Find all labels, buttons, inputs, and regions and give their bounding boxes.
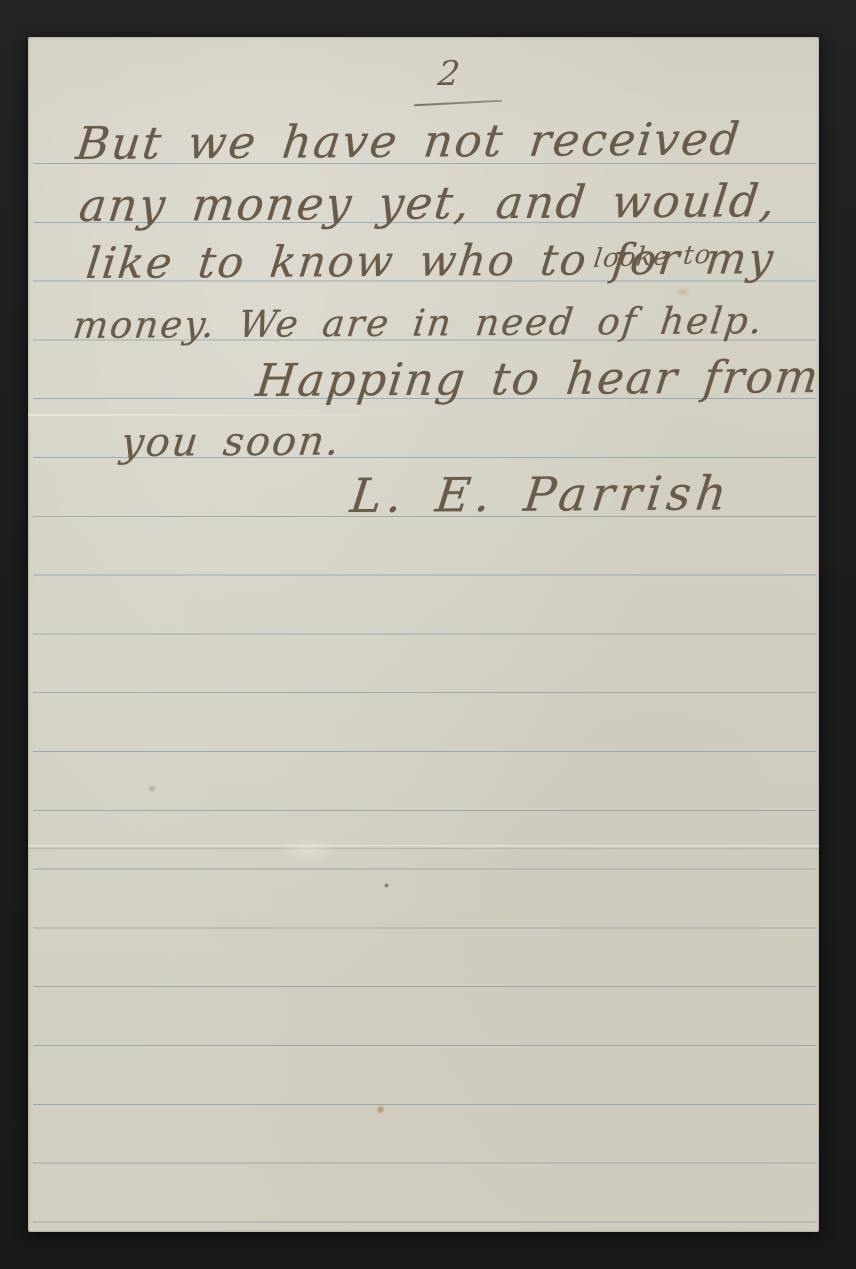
handwriting-line-1: But we have not received <box>74 116 744 166</box>
handwriting-line-4: money. We are in need of help. <box>71 302 766 344</box>
signature: L. E. Parrish <box>348 470 734 520</box>
crease-line-faint <box>28 414 468 416</box>
stain <box>148 785 156 793</box>
page-number-underline <box>414 100 502 107</box>
stain <box>384 883 389 888</box>
stain <box>278 837 338 863</box>
scan-background: { "page": { "number": "2" }, "letter": {… <box>0 0 856 1269</box>
stain <box>676 287 690 297</box>
crease-line <box>28 845 819 848</box>
insertion-note: looke to <box>592 240 713 274</box>
handwriting-line-6: you soon. <box>119 421 343 463</box>
handwriting-line-5: Happing to hear from <box>254 354 819 403</box>
page-number: 2 <box>436 54 462 94</box>
handwriting-line-2: any money yet, and would, <box>77 178 779 228</box>
letter-page: 2 But we have not received any money yet… <box>28 37 819 1232</box>
stain <box>376 1105 385 1114</box>
page-number-block: 2 <box>406 52 506 112</box>
